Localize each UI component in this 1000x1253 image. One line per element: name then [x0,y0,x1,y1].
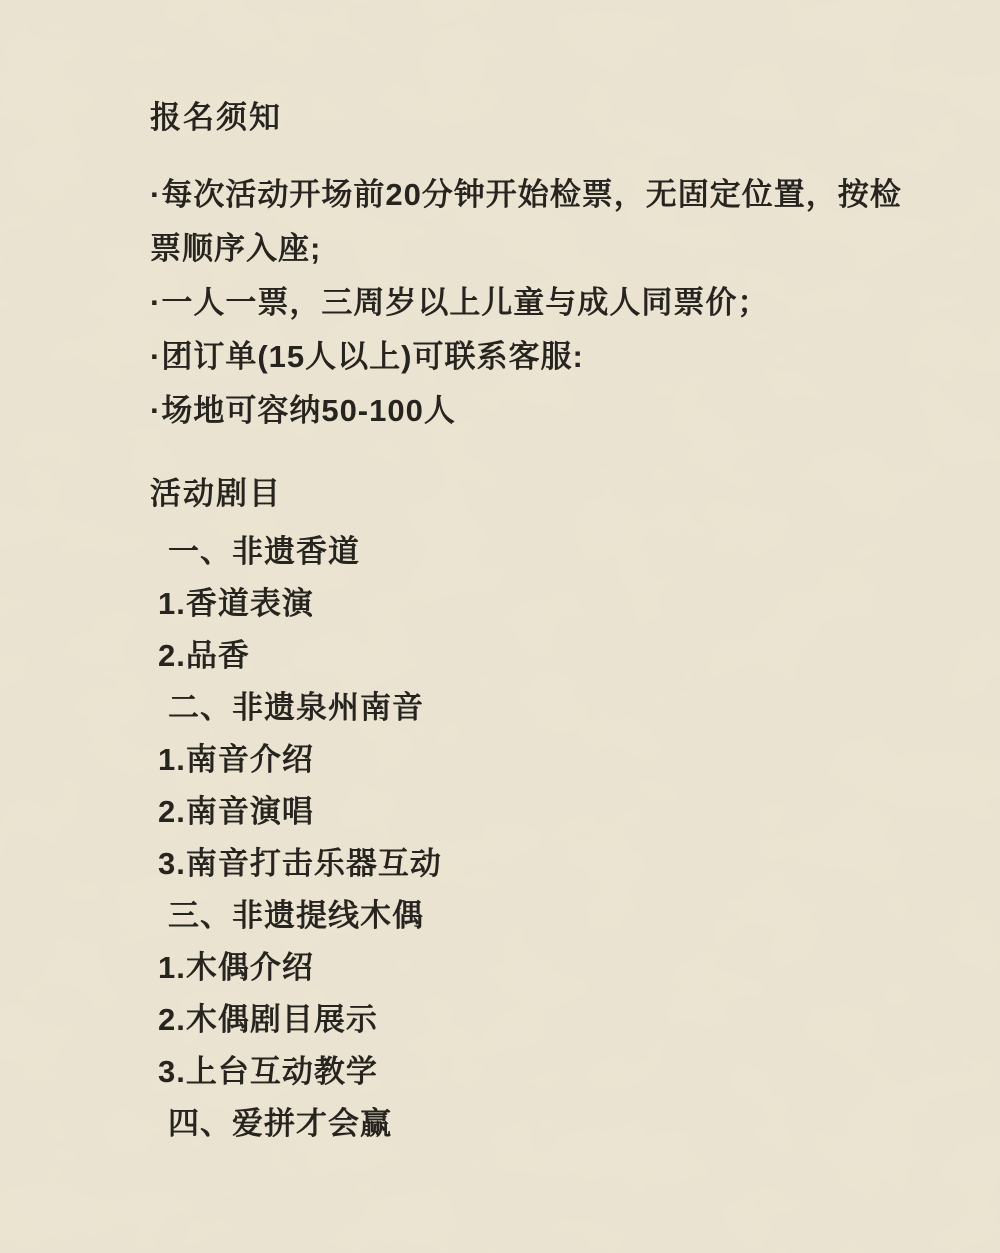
program-line: 1.南音介绍 [150,734,918,786]
program-line: 3.南音打击乐器互动 [150,838,918,890]
notice-item-group-order: ·团订单(15人以上)可联系客服: [150,330,918,384]
program-line-section-2: 二、非遗泉州南音 [150,682,918,734]
program-line: 1.香道表演 [150,578,918,630]
program-list: 一、非遗香道 1.香道表演 2.品香 二、非遗泉州南音 1.南音介绍 2.南音演… [150,526,918,1150]
program-line: 2.品香 [150,630,918,682]
notice-page: 报名须知 ·每次活动开场前20分钟开始检票，无固定位置，按检票顺序入座; ·一人… [0,0,1000,1253]
program-line: 1.木偶介绍 [150,942,918,994]
registration-notice-section: 报名须知 ·每次活动开场前20分钟开始检票，无固定位置，按检票顺序入座; ·一人… [0,0,1000,438]
program-line-section-1: 一、非遗香道 [150,526,918,578]
program-line-section-4: 四、爱拼才会赢 [150,1098,918,1150]
notice-item-check-in: ·每次活动开场前20分钟开始检票，无固定位置，按检票顺序入座; [150,168,918,276]
program-line: 2.南音演唱 [150,786,918,838]
program-line: 2.木偶剧目展示 [150,994,918,1046]
program-line-section-3: 三、非遗提线木偶 [150,890,918,942]
notice-section-title: 报名须知 [0,0,1000,136]
activity-program-section: 活动剧目 一、非遗香道 1.香道表演 2.品香 二、非遗泉州南音 1.南音介绍 … [0,476,1000,1150]
notice-item-list: ·每次活动开场前20分钟开始检票，无固定位置，按检票顺序入座; ·一人一票，三周… [150,168,918,438]
notice-item-capacity: ·场地可容纳50-100人 [150,384,918,438]
program-section-title: 活动剧目 [0,476,1000,512]
notice-item-ticket-policy: ·一人一票，三周岁以上儿童与成人同票价； [150,276,918,330]
program-line: 3.上台互动教学 [150,1046,918,1098]
page-content: 报名须知 ·每次活动开场前20分钟开始检票，无固定位置，按检票顺序入座; ·一人… [0,0,1000,1150]
